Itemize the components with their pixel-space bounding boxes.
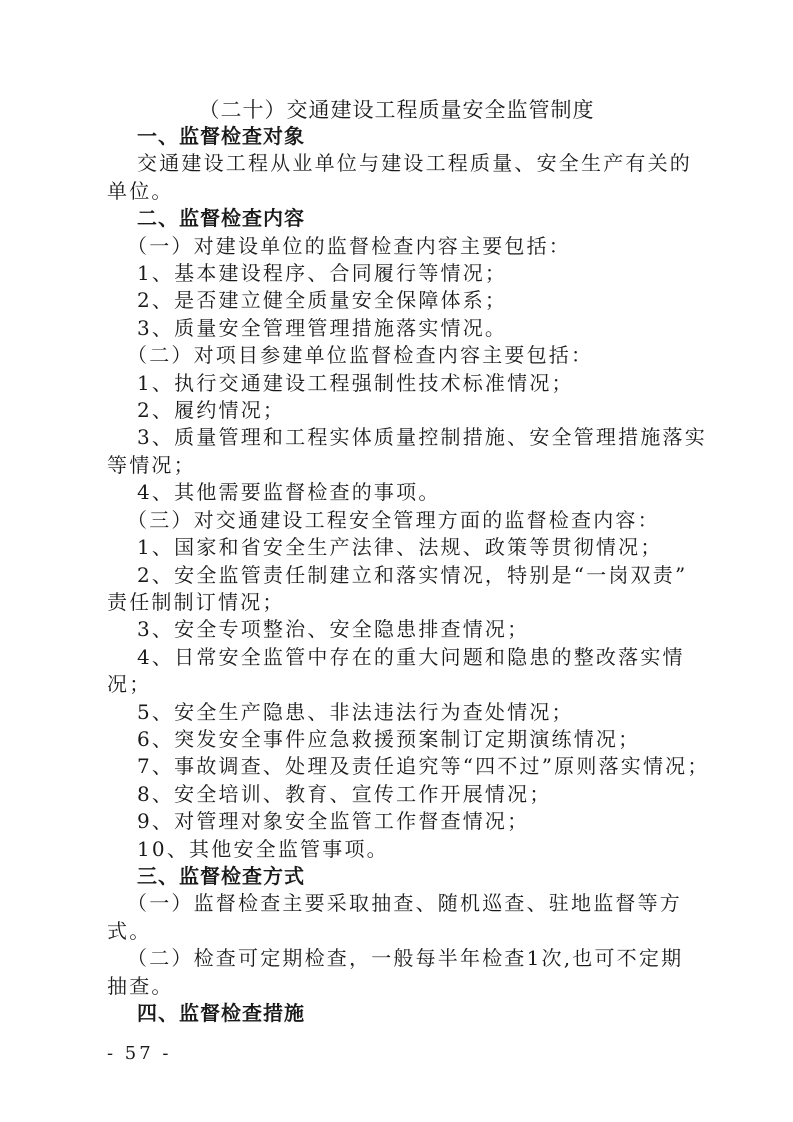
paragraph-line: （二）对项目参建单位监督检查内容主要包括： (107, 342, 677, 369)
paragraph-line: 2、安全监管责任制建立和落实情况，特别是“一岗双责” (107, 562, 677, 589)
paragraph-line: 8、安全培训、教育、宣传工作开展情况； (107, 781, 677, 808)
paragraph-line: 等情况； (107, 452, 677, 479)
paragraph-line: 10、其他安全监管事项。 (107, 836, 677, 863)
paragraph-line: 3、质量安全管理管理措施落实情况。 (107, 315, 677, 342)
paragraph-line: 式。 (107, 918, 677, 945)
paragraph-line: 2、履约情况； (107, 397, 677, 424)
paragraph-line: 7、事故调查、处理及责任追究等“四不过”原则落实情况； (107, 753, 677, 780)
document-title: （二十）交通建设工程质量安全监管制度 (0, 96, 793, 124)
paragraph-line: 1、基本建设程序、合同履行等情况； (107, 260, 677, 287)
paragraph-line: 况； (107, 671, 677, 698)
section-heading: 一、监督检查对象 (107, 123, 677, 150)
paragraph-line: 5、安全生产隐患、非法违法行为查处情况； (107, 699, 677, 726)
paragraph-line: 单位。 (107, 178, 677, 205)
paragraph-line: （二）检查可定期检查，一般每半年检查1次,也可不定期 (107, 945, 677, 972)
document-page: （二十）交通建设工程质量安全监管制度 一、监督检查对象交通建设工程从业单位与建设… (0, 0, 793, 1122)
page-number: - 57 - (107, 1043, 172, 1064)
paragraph-line: 抽查。 (107, 973, 677, 1000)
document-body: 一、监督检查对象交通建设工程从业单位与建设工程质量、安全生产有关的单位。二、监督… (107, 123, 677, 1027)
paragraph-line: 4、日常安全监管中存在的重大问题和隐患的整改落实情 (107, 644, 677, 671)
paragraph-line: 9、对管理对象安全监管工作督查情况； (107, 808, 677, 835)
paragraph-line: 6、突发安全事件应急救援预案制订定期演练情况； (107, 726, 677, 753)
paragraph-line: 1、执行交通建设工程强制性技术标准情况； (107, 370, 677, 397)
paragraph-line: （一）对建设单位的监督检查内容主要包括： (107, 233, 677, 260)
section-heading: 三、监督检查方式 (107, 863, 677, 890)
paragraph-line: 1、国家和省安全生产法律、法规、政策等贯彻情况； (107, 534, 677, 561)
section-heading: 二、监督检查内容 (107, 205, 677, 232)
paragraph-line: 2、是否建立健全质量安全保障体系； (107, 287, 677, 314)
paragraph-line: 4、其他需要监督检查的事项。 (107, 479, 677, 506)
paragraph-line: （三）对交通建设工程安全管理方面的监督检查内容： (107, 507, 677, 534)
paragraph-line: 3、安全专项整治、安全隐患排查情况； (107, 616, 677, 643)
paragraph-line: （一）监督检查主要采取抽查、随机巡查、驻地监督等方 (107, 890, 677, 917)
paragraph-line: 交通建设工程从业单位与建设工程质量、安全生产有关的 (107, 150, 677, 177)
paragraph-line: 3、质量管理和工程实体质量控制措施、安全管理措施落实 (107, 424, 677, 451)
paragraph-line: 责任制制订情况； (107, 589, 677, 616)
section-heading: 四、监督检查措施 (107, 1000, 677, 1027)
